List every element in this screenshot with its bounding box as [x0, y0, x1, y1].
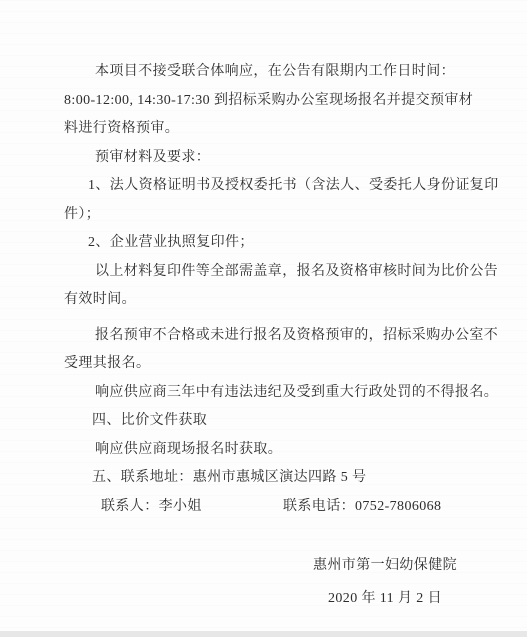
- document-date: 2020 年 11 月 2 日: [300, 582, 470, 615]
- paragraph-line: 响应供应商三年中有违法违纪及受到重大行政处罚的不得报名。: [64, 379, 474, 408]
- scanned-document-page: 本项目不接受联合体响应，在公告有限期内工作日时间： 8:00-12:00, 14…: [0, 0, 527, 637]
- contact-line: 联系人：李小姐 联系电话：0752-7806068: [64, 493, 474, 522]
- contact-person: 联系人：李小姐: [101, 499, 202, 514]
- paragraph-line: 响应供应商现场报名时获取。: [64, 436, 474, 465]
- contact-phone: 联系电话：0752-7806068: [283, 493, 441, 522]
- signature-block: 惠州市第一妇幼保健院 2020 年 11 月 2 日: [300, 549, 470, 615]
- organization-name: 惠州市第一妇幼保健院: [300, 549, 470, 582]
- section-heading-line: 五、联系地址：惠州市惠城区演达四路 5 号: [64, 464, 474, 493]
- section-heading-line: 四、比价文件获取: [64, 407, 474, 436]
- paragraph-line: 8:00-12:00, 14:30-17:30 到招标采购办公室现场报名并提交预…: [64, 87, 474, 116]
- list-item-line: 1、法人资格证明书及授权委托书（含法人、受委托人身份证复印: [64, 172, 474, 201]
- paragraph-line: 有效时间。: [64, 286, 474, 315]
- paragraph-line: 报名预审不合格或未进行报名及资格预审的，招标采购办公室不: [64, 322, 474, 351]
- paragraph-line: 受理其报名。: [64, 350, 474, 379]
- list-item-line: 件）；: [64, 201, 474, 230]
- paragraph-line: 料进行资格预审。: [64, 115, 474, 144]
- paragraph-line: 以上材料复印件等全部需盖章，报名及资格审核时间为比价公告: [64, 258, 474, 287]
- paragraph-line: 本项目不接受联合体响应，在公告有限期内工作日时间：: [64, 58, 474, 87]
- scan-edge-strip: [0, 631, 527, 637]
- list-item-line: 2、企业营业执照复印件；: [64, 229, 474, 258]
- document-body: 本项目不接受联合体响应，在公告有限期内工作日时间： 8:00-12:00, 14…: [64, 58, 474, 521]
- paragraph-line: 预审材料及要求：: [64, 144, 474, 173]
